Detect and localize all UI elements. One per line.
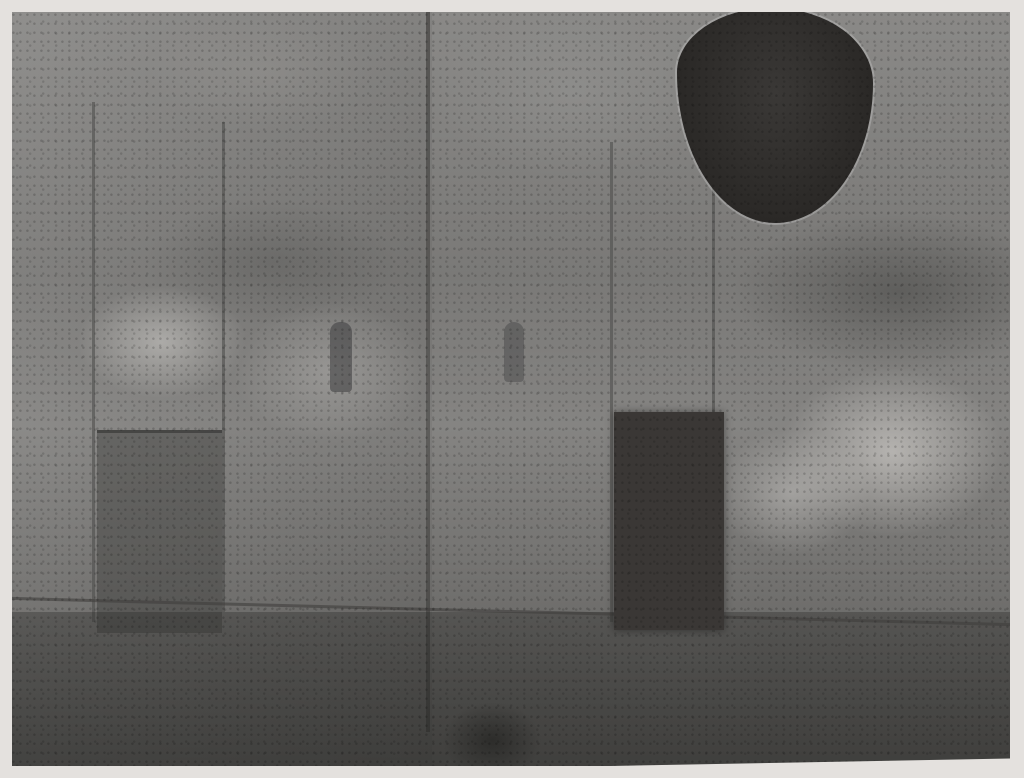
archival-photo: Black-and-white archival photograph of a… [12, 12, 1010, 766]
film-grain [12, 12, 1010, 766]
